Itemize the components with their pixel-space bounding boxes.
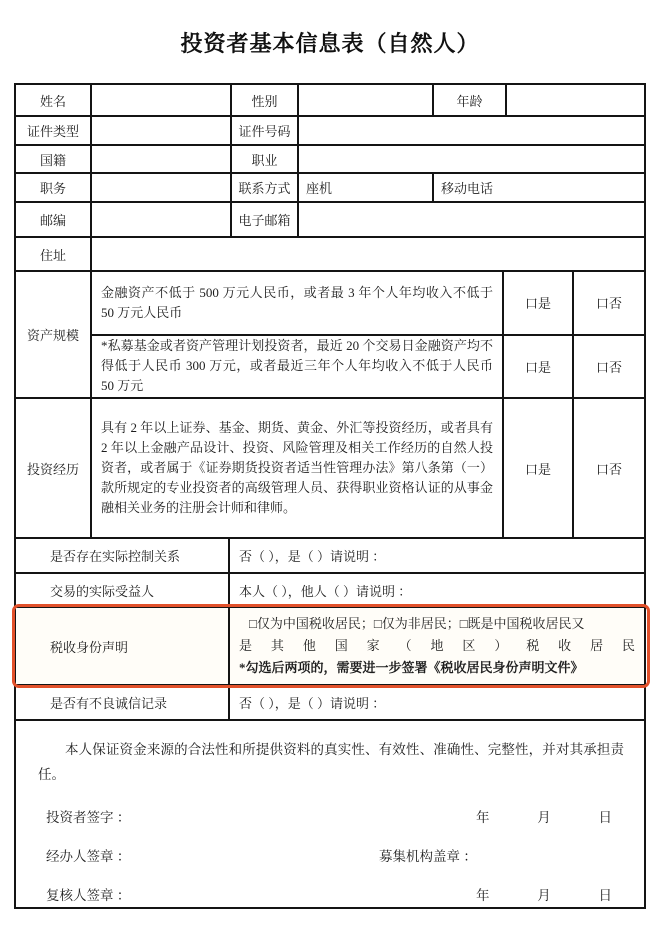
date-year: 年: [476, 806, 490, 826]
age-label: 年龄: [434, 85, 507, 115]
gender-field[interactable]: [299, 85, 434, 115]
id-type-label: 证件类型: [16, 117, 92, 144]
address-label: 住址: [16, 238, 92, 270]
date-group: 年 月 日: [476, 806, 612, 826]
date-day: 日: [599, 806, 613, 826]
postal-field[interactable]: [92, 203, 232, 236]
asset-criterion-1-text: 金融资产不低于 500 万元人民币，或者最 3 年个人年均收入不低于 50 万元…: [92, 272, 504, 334]
asset-2-yes-checkbox[interactable]: 口是: [504, 336, 574, 398]
occupation-field[interactable]: [299, 146, 644, 172]
reviewer-signature-label[interactable]: 复核人签章 ：: [46, 884, 130, 904]
age-field[interactable]: [507, 85, 644, 115]
row-experience: 投资经历 具有 2 年以上证券、基金、期货、黄金、外汇等投资经历，或者具有 2 …: [16, 399, 644, 539]
date-year: 年: [476, 884, 490, 904]
id-number-field[interactable]: [299, 117, 644, 144]
name-label: 姓名: [16, 85, 92, 115]
experience-yes-checkbox[interactable]: 口是: [504, 399, 574, 537]
nationality-label: 国籍: [16, 146, 92, 172]
mobile-field[interactable]: 移动电话: [434, 174, 644, 201]
experience-label: 投资经历: [16, 399, 92, 537]
name-field[interactable]: [92, 85, 232, 115]
email-field[interactable]: [299, 203, 644, 236]
asset-criterion-row: *私募基金或者资产管理计划投资者，最近 20 个交易日金融资产均不得低于人民币 …: [92, 336, 644, 398]
row-beneficiary: 交易的实际受益人 本人（ ），他人（ ）请说明 ：: [16, 574, 644, 608]
contact-label: 联系方式: [232, 174, 299, 201]
postal-label: 邮编: [16, 203, 92, 236]
asset-1-yes-checkbox[interactable]: 口是: [504, 272, 574, 334]
row-credit-record: 是否有不良诚信记录 否（ ），是（ ）请说明 ：: [16, 686, 644, 721]
investor-signature-label[interactable]: 投资者签字 ：: [46, 806, 130, 826]
nationality-field[interactable]: [92, 146, 232, 172]
row-position-contact: 职务 联系方式 座机 移动电话: [16, 174, 644, 203]
asset-1-no-checkbox[interactable]: 口否: [574, 272, 644, 334]
form-table: 姓名 性别 年龄 证件类型 证件号码 国籍 职业 职务 联系方式 座机: [14, 83, 646, 909]
row-nationality: 国籍 职业: [16, 146, 644, 174]
asset-criterion-2-paragraph: *私募基金或者资产管理计划投资者，最近 20 个交易日金融资产均不得低于人民币 …: [101, 336, 493, 396]
landline-field[interactable]: 座机: [299, 174, 434, 201]
tax-label: 税收身份声明: [16, 608, 230, 684]
handler-signature-row: 经办人签章 ： 募集机构盖章 ：: [16, 845, 644, 865]
position-label: 职务: [16, 174, 92, 201]
credit-record-label: 是否有不良诚信记录: [16, 686, 230, 719]
row-assets: 资产规模 金融资产不低于 500 万元人民币，或者最 3 年个人年均收入不低于 …: [16, 272, 644, 399]
declaration-text: 本人保证资金来源的合法性和所提供资料的真实性、有效性、准确性、完整性，并对其承担…: [38, 737, 624, 787]
footer-block: 本人保证资金来源的合法性和所提供资料的真实性、有效性、准确性、完整性，并对其承担…: [16, 721, 644, 907]
agency-seal-label[interactable]: 募集机构盖章 ：: [379, 845, 477, 865]
asset-criterion-row: 金融资产不低于 500 万元人民币，或者最 3 年个人年均收入不低于 50 万元…: [92, 272, 644, 336]
row-address: 住址: [16, 238, 644, 272]
date-group: 年 月 日: [476, 884, 612, 904]
gender-label: 性别: [232, 85, 299, 115]
control-relationship-label: 是否存在实际控制关系: [16, 539, 230, 572]
occupation-label: 职业: [232, 146, 299, 172]
asset-criterion-2-text: *私募基金或者资产管理计划投资者，最近 20 个交易日金融资产均不得低于人民币 …: [92, 336, 504, 398]
assets-label: 资产规模: [16, 272, 92, 397]
position-field[interactable]: [92, 174, 232, 201]
experience-no-checkbox[interactable]: 口否: [574, 399, 644, 537]
experience-text: 具有 2 年以上证券、基金、期货、黄金、外汇等投资经历，或者具有 2 年以上金融…: [92, 399, 504, 537]
row-id: 证件类型 证件号码: [16, 117, 644, 146]
row-control-relationship: 是否存在实际控制关系 否（ ），是（ ）请说明 ：: [16, 539, 644, 574]
tax-option-line-1[interactable]: □仅为中国税收居民；□仅为非居民；□既是中国税收居民又: [239, 613, 635, 635]
row-name: 姓名 性别 年龄: [16, 85, 644, 117]
tax-option-line-2: 是 其 他 国 家 （ 地 区 ） 税 收 居 民: [239, 635, 635, 657]
date-day: 日: [599, 884, 613, 904]
control-relationship-field[interactable]: 否（ ），是（ ）请说明 ：: [230, 539, 644, 572]
row-tax-declaration: 税收身份声明 □仅为中国税收居民；□仅为非居民；□既是中国税收居民又 是 其 他…: [16, 608, 644, 686]
investor-signature-row: 投资者签字 ： 年 月 日: [16, 806, 644, 826]
beneficiary-field[interactable]: 本人（ ），他人（ ）请说明 ：: [230, 574, 644, 606]
id-number-label: 证件号码: [232, 117, 299, 144]
beneficiary-label: 交易的实际受益人: [16, 574, 230, 606]
row-postal-email: 邮编 电子邮箱: [16, 203, 644, 238]
credit-record-field[interactable]: 否（ ），是（ ）请说明 ：: [230, 686, 644, 719]
page-title: 投资者基本信息表（自然人）: [0, 0, 660, 58]
asset-criterion-1-paragraph: 金融资产不低于 500 万元人民币，或者最 3 年个人年均收入不低于 50 万元…: [101, 283, 493, 323]
reviewer-signature-row: 复核人签章 ： 年 月 日: [16, 884, 644, 904]
address-field[interactable]: [92, 238, 644, 270]
tax-declaration-options[interactable]: □仅为中国税收居民；□仅为非居民；□既是中国税收居民又 是 其 他 国 家 （ …: [230, 608, 644, 684]
date-month: 月: [537, 884, 551, 904]
experience-paragraph: 具有 2 年以上证券、基金、期货、黄金、外汇等投资经历，或者具有 2 年以上金融…: [101, 418, 493, 518]
handler-signature-label[interactable]: 经办人签章 ：: [46, 845, 379, 865]
form-page: 投资者基本信息表（自然人） 姓名 性别 年龄 证件类型 证件号码 国籍 职业 职: [0, 0, 660, 929]
asset-2-no-checkbox[interactable]: 口否: [574, 336, 644, 398]
email-label: 电子邮箱: [232, 203, 299, 236]
id-type-field[interactable]: [92, 117, 232, 144]
date-month: 月: [537, 806, 551, 826]
tax-note: *勾选后两项的，需要进一步签署《税收居民身份声明文件》: [239, 657, 635, 679]
assets-criteria: 金融资产不低于 500 万元人民币，或者最 3 年个人年均收入不低于 50 万元…: [92, 272, 644, 397]
tax-declaration-text: □仅为中国税收居民；□仅为非居民；□既是中国税收居民又 是 其 他 国 家 （ …: [230, 608, 644, 684]
